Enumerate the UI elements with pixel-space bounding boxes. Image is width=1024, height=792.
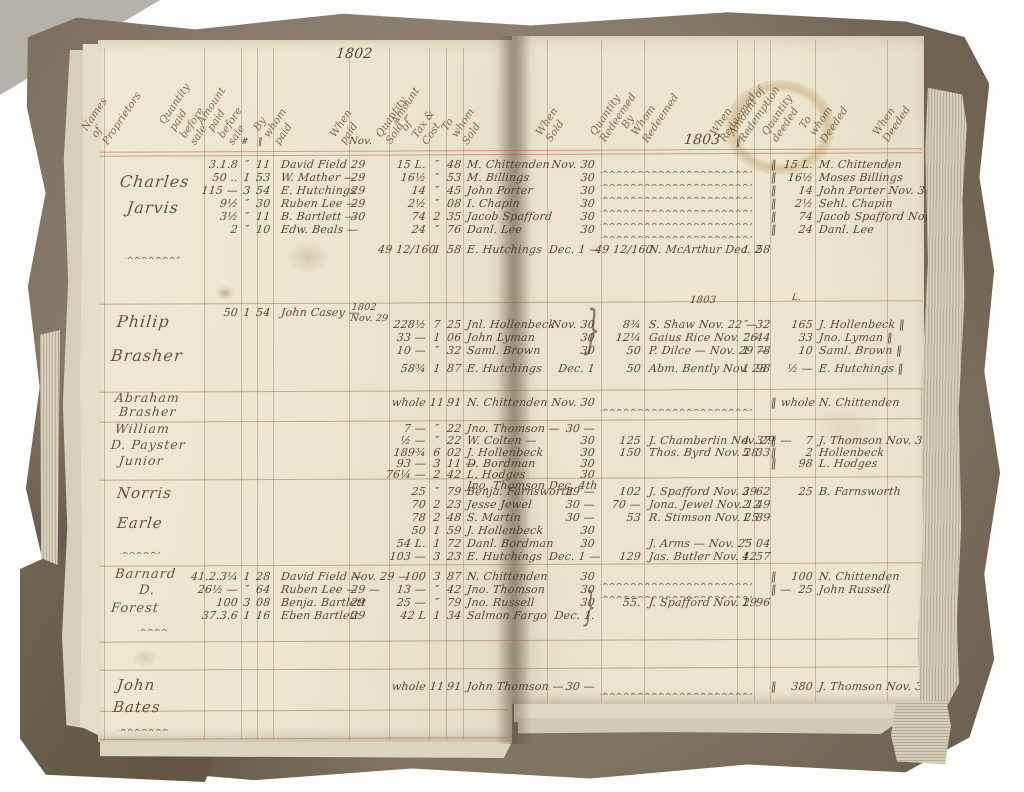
- cell-quantity-sold: 25: [377, 485, 426, 498]
- when-sold-continuation-squiggle: mmmmmmmmmmmmmmmmmmmmmmmmmm: [600, 587, 752, 598]
- cell-quantity-sold: 10 —: [377, 344, 426, 357]
- proprietor-name: Norris: [116, 484, 173, 502]
- cell-to-whom-sold: E. Hutchings: [466, 243, 542, 256]
- cell-quantity-deeded: 2½: [780, 197, 813, 210]
- cell-quantity-sold: 16½: [377, 171, 426, 184]
- cell-quantity-redeemed: 12¼: [594, 331, 641, 344]
- cell-to-whom-sold: Jnl. Hollenbeck: [466, 318, 556, 331]
- cell-quantity-sold: 13 —: [377, 583, 426, 596]
- cell-tax-cost-a: 1: [428, 243, 445, 256]
- cell-tax-cost-a: 2: [428, 511, 445, 524]
- cell-amount-paid-a: ″: [238, 223, 255, 236]
- cell-when-sold: 30: [548, 524, 595, 537]
- cell-quantity-redeemed: 8¾: [594, 318, 641, 331]
- ledger-content: 1802 Nov. # ‖ 1803 ‖ 1803 L. 11 Names of…: [0, 0, 1024, 792]
- cell-quantity-paid: 26½ —: [183, 583, 238, 596]
- cell-to-whom-deeded: John Russell: [818, 583, 891, 596]
- cell-amount-paid-b: 30: [255, 197, 280, 210]
- cell-quantity-deeded: ½ —: [780, 362, 813, 375]
- cell-tax-cost-a: 1: [428, 524, 445, 537]
- ledger-photo: 1802 Nov. # ‖ 1803 ‖ 1803 L. 11 Names of…: [0, 0, 1024, 792]
- cell-tax-cost-a: ″: [428, 158, 445, 171]
- cell-when-paid: 29: [350, 171, 366, 184]
- cell-quantity-deeded: 24: [780, 223, 813, 236]
- cell-quantity-redeemed: 70 —: [594, 498, 641, 511]
- cell-tax-cost-a: 11: [428, 396, 445, 409]
- column-header-label: To whom Deeded: [797, 91, 850, 145]
- cell-when-paid: 30: [350, 210, 366, 223]
- cell-by-whom-paid: Edw. Beals —: [280, 223, 359, 236]
- cell-quantity-deeded: 74: [780, 210, 813, 223]
- cell-by-whom-paid: David Field: [280, 158, 347, 171]
- cell-tax-cost-a: ″: [428, 223, 445, 236]
- cell-tax-cost-a: 2: [428, 468, 445, 481]
- cell-by-whom-paid: E. Hutchings: [280, 184, 356, 197]
- cell-deed-mark: ‖: [770, 570, 777, 583]
- cell-tax-cost-a: ″: [428, 583, 445, 596]
- proprietor-name: Brasher: [118, 404, 177, 419]
- cell-quantity-sold: 100: [377, 570, 426, 583]
- when-sold-continuation-squiggle: mmmmmmmmmmmmmmmmmmmmmmmmmm: [600, 175, 752, 186]
- cell-redemption-amount-b: 96: [755, 596, 778, 609]
- cell-amount-paid-a: ″: [238, 197, 255, 210]
- cell-quantity-paid: 50 ..: [183, 171, 238, 184]
- ditto-mark: ‖: [257, 137, 263, 147]
- cell-quantity-sold: 42 L: [377, 609, 426, 622]
- cell-quantity-paid: 9½: [183, 197, 238, 210]
- cell-quantity-sold: 49 12/160: [377, 243, 426, 256]
- cell-when-sold: 30 —: [548, 498, 595, 511]
- cell-redemption-amount-b: 04: [755, 537, 778, 550]
- cell-when-sold: 30 —: [548, 511, 595, 524]
- cell-redemption-amount-b: 57: [755, 550, 778, 563]
- cell-redemption-amount-a: ″: [738, 537, 753, 550]
- cell-to-whom-deeded: M. Chittenden: [818, 158, 902, 171]
- cell-quantity-deeded: 98: [780, 457, 813, 470]
- cell-to-whom-sold: Salmon Fargo: [466, 609, 547, 622]
- cell-quantity-redeemed: 53: [594, 511, 641, 524]
- cell-quantity-deeded: 100: [780, 570, 813, 583]
- cell-redemption-amount-b: 78: [755, 344, 778, 357]
- cell-amount-paid-a: ″: [238, 583, 255, 596]
- cell-redemption-amount-a: 3: [738, 485, 753, 498]
- cell-deed-mark: ‖: [770, 680, 777, 693]
- cell-when-sold: 30: [548, 197, 595, 210]
- cell-quantity-redeemed: 102: [594, 485, 641, 498]
- cell-tax-cost-a: ″: [428, 197, 445, 210]
- cell-to-whom-sold: Jacob Spafford: [466, 210, 553, 223]
- cell-when-sold: 30: [548, 223, 595, 236]
- cell-amount-paid-b: 28: [255, 570, 280, 583]
- cell-to-whom-deeded: Danl. Lee: [818, 223, 874, 236]
- cell-when-sold: 29 —: [548, 485, 595, 498]
- cell-when-paid: 29: [350, 596, 366, 609]
- cell-to-whom-sold: Jno. Thomson: [466, 583, 546, 596]
- cell-deed-mark: ‖: [770, 184, 777, 197]
- cell-tax-cost-a: ″: [428, 485, 445, 498]
- cell-quantity-redeemed: 50: [594, 362, 641, 375]
- newspaper-clipping-bottom-right: [891, 700, 951, 764]
- cell-redemption-amount-a: ″: [738, 318, 753, 331]
- cell-quantity-redeemed: 50: [594, 344, 641, 357]
- cell-to-whom-sold: E. Hutchings: [466, 550, 542, 563]
- proprietor-name: John: [116, 676, 156, 694]
- cell-amount-paid-a: ″: [238, 210, 255, 223]
- name-flourish: mmmmmmmmmm: [118, 720, 168, 731]
- cell-to-whom-deeded: N. Chittenden: [818, 570, 900, 583]
- cell-to-whom-sold: M. Chittenden: [466, 158, 550, 171]
- cell-quantity-sold: 228½: [377, 318, 426, 331]
- cell-to-whom-sold: Danl. Bordman: [466, 537, 554, 550]
- cell-quantity-redeemed: 129: [594, 550, 641, 563]
- cell-tax-cost-a: ″: [428, 596, 445, 609]
- proprietor-name: Forest: [110, 601, 160, 616]
- cell-to-whom-deeded: Saml. Brown ‖: [818, 344, 902, 357]
- cell-amount-paid-b: 08: [255, 596, 280, 609]
- cell-when-paid: 29 —: [350, 583, 381, 596]
- when-sold-continuation-squiggle: mmmmmmmmmmmmmmmmmmmmmmmmmm: [600, 162, 752, 173]
- cell-tax-cost-a: ″: [428, 171, 445, 184]
- pound-note: L.: [791, 293, 801, 303]
- proprietor-name: Barnard: [114, 567, 177, 582]
- cell-by-whom-paid: John Casey —: [280, 306, 360, 319]
- cell-tax-cost-a: 2: [428, 498, 445, 511]
- cell-quantity-sold: 54 L.: [377, 537, 426, 550]
- cell-when-paid: 29: [350, 609, 366, 622]
- proprietor-name: D.: [138, 583, 156, 598]
- cell-tax-cost-a: 11: [428, 680, 445, 693]
- cell-to-whom-sold: E. Hutchings: [466, 362, 542, 375]
- cell-to-whom-sold: N. Chittenden: [466, 570, 548, 583]
- cell-redemption-amount-a: 5: [738, 446, 753, 459]
- cell-to-whom-deeded: Jno. Lyman ‖: [818, 331, 893, 344]
- cell-amount-paid-b: 54: [255, 184, 280, 197]
- proprietor-name: Junior: [118, 453, 164, 468]
- proprietor-name: D. Payster: [110, 437, 186, 452]
- cell-redemption-amount-b: 98: [755, 362, 778, 375]
- cell-by-whom-paid: Eben Bartlett: [280, 609, 359, 622]
- column-header-label: To whom Sold: [439, 100, 488, 147]
- cell-quantity-paid: 115 —: [183, 184, 238, 197]
- cell-quantity-sold: 76¼ —: [377, 468, 426, 481]
- cell-quantity-deeded: whole: [780, 396, 813, 409]
- cell-when-sold: 30: [548, 171, 595, 184]
- cell-redemption-amount-a: 4: [738, 550, 753, 563]
- cell-quantity-deeded: 15 L.: [780, 158, 813, 171]
- cell-quantity-paid: 50: [183, 306, 238, 319]
- cell-redemption-amount-a: 1: [738, 511, 753, 524]
- column-header-label: By Whom Redeemed: [619, 78, 681, 145]
- when-sold-continuation-squiggle: mmmmmmmmmmmmmmmmmmmmmmmmmm: [600, 227, 752, 238]
- name-flourish: mmmmmmmmmm: [125, 248, 180, 259]
- cell-tax-cost-a: 1: [428, 609, 445, 622]
- cell-amount-paid-b: 54: [255, 306, 280, 319]
- column-header-label: When Deeded: [870, 98, 913, 145]
- cell-when-paid: 29: [350, 197, 366, 210]
- cell-to-whom-sold: Danl. Lee: [466, 223, 522, 236]
- cell-to-whom-sold: J. Hollenbeck: [466, 524, 544, 537]
- cell-by-whom-paid: W. Mather —: [280, 171, 356, 184]
- cell-tax-cost-a: 3: [428, 570, 445, 583]
- cell-tax-cost-a: 3: [428, 550, 445, 563]
- cell-to-whom-sold: N. Chittenden: [466, 396, 548, 409]
- cell-tax-cost-a: 2: [428, 210, 445, 223]
- cell-to-whom-deeded: L. Hodges: [818, 457, 878, 470]
- cell-tax-cost-a: 7: [428, 318, 445, 331]
- cell-by-whom-paid: Ruben Lee —: [280, 197, 358, 210]
- cell-to-whom-deeded: J. Thomson Nov. 30: [818, 680, 930, 693]
- cell-quantity-sold: 74: [377, 210, 426, 223]
- proprietor-name: Earle: [116, 514, 164, 532]
- cell-to-whom-sold: M. Billings: [466, 171, 530, 184]
- cell-quantity-deeded: 165: [780, 318, 813, 331]
- cell-tax-cost-a: 1: [428, 537, 445, 550]
- when-sold-continuation-squiggle: mmmmmmmmmmmmmmmmmmmmmmmmmm: [600, 574, 752, 585]
- cell-quantity-sold: 33 —: [377, 331, 426, 344]
- cell-quantity-sold: 2½: [377, 197, 426, 210]
- cell-to-whom-deeded: E. Hutchings ‖: [818, 362, 904, 375]
- cell-amount-paid-b: 10: [255, 223, 280, 236]
- cell-deed-mark: ‖: [770, 158, 777, 171]
- cell-quantity-deeded: 25: [780, 485, 813, 498]
- cell-when-sold: 30: [548, 184, 595, 197]
- cell-quantity-deeded: 25: [780, 583, 813, 596]
- when-sold-continuation-squiggle: mmmmmmmmmmmmmmmmmmmmmmmmmm: [600, 400, 752, 411]
- cell-redemption-amount-a: 1: [738, 362, 753, 375]
- cell-quantity-sold: whole: [377, 396, 426, 409]
- cell-quantity-paid: 2: [183, 223, 238, 236]
- year-label-1802: 1802: [335, 46, 373, 62]
- cell-when-sold: 30: [548, 210, 595, 223]
- cell-tax-cost-a: ″: [428, 344, 445, 357]
- cell-deed-mark: ‖: [770, 171, 777, 184]
- name-flourish: mmmmmmmmmm: [120, 543, 160, 554]
- proprietor-name: William: [114, 421, 171, 436]
- cell-amount-paid-b: 53: [255, 171, 280, 184]
- cell-deed-mark: ‖: [770, 210, 777, 223]
- cell-when-paid: 29: [350, 184, 366, 197]
- cell-redemption-amount-a: ″: [738, 331, 753, 344]
- when-sold-continuation-squiggle: mmmmmmmmmmmmmmmmmmmmmmmmmm: [600, 188, 752, 199]
- cell-tax-cost-a: ″: [428, 184, 445, 197]
- proprietor-name: Jarvis: [126, 198, 180, 217]
- cell-amount-paid-b: 64: [255, 583, 280, 596]
- cell-when-sold: Dec. 1: [548, 362, 595, 375]
- cell-to-whom-sold: Saml. Brown: [466, 344, 541, 357]
- cell-quantity-deeded: 16½: [780, 171, 813, 184]
- cell-redemption-amount-b: 89: [755, 511, 778, 524]
- cell-to-whom-sold: Jesse Jewel: [466, 498, 532, 511]
- cell-quantity-sold: whole: [377, 680, 426, 693]
- cell-quantity-deeded: 14: [780, 184, 813, 197]
- cell-to-whom-deeded: N. Chittenden: [818, 396, 900, 409]
- cell-deed-mark: ‖: [770, 457, 777, 470]
- cell-quantity-paid: 100: [183, 596, 238, 609]
- cell-amount-paid-b: 16: [255, 609, 280, 622]
- cell-amount-paid-a: 3: [238, 596, 255, 609]
- cell-quantity-sold: 25 —: [377, 596, 426, 609]
- proprietor-name: Charles: [119, 172, 191, 191]
- column-header-label: Names of Proprietors: [79, 76, 144, 147]
- cell-deed-mark: ‖: [770, 197, 777, 210]
- proprietor-name: Brasher: [110, 346, 184, 365]
- cell-when-sold: Dec. 1 —: [548, 243, 595, 256]
- cell-quantity-deeded: 380: [780, 680, 813, 693]
- cell-redemption-amount-b: 58: [755, 243, 778, 256]
- cell-quantity-deeded: 33: [780, 331, 813, 344]
- cell-quantity-redeemed: 49 12/160: [594, 243, 641, 256]
- cell-when-sold: Nov. 30: [548, 396, 595, 409]
- when-sold-continuation-squiggle: mmmmmmmmmmmmmmmmmmmmmmmmmm: [600, 201, 752, 212]
- cell-quantity-sold: 50: [377, 524, 426, 537]
- cell-to-whom-sold: John Lyman: [466, 331, 535, 344]
- cell-by-whom-paid: Ruben Lee —: [280, 583, 358, 596]
- cell-to-whom-sold: I. Chapin: [466, 197, 520, 210]
- year-note-1803: 1803: [689, 295, 716, 306]
- cell-redemption-amount-b: 44: [755, 331, 778, 344]
- cell-quantity-sold: 103 —: [377, 550, 426, 563]
- proprietor-name: Abraham: [114, 390, 180, 405]
- grouping-brace: }: [582, 584, 596, 630]
- column-header-label: When Sold: [533, 106, 571, 145]
- cell-quantity-redeemed: 150: [594, 446, 641, 459]
- cell-when-sold: Nov. 30: [548, 158, 595, 171]
- proprietor-name: Bates: [112, 698, 161, 716]
- cell-deed-mark: ‖: [770, 223, 777, 236]
- cell-when-sold: 30 —: [548, 680, 595, 693]
- cell-amount-paid-a: 1: [238, 609, 255, 622]
- cell-quantity-paid: 3½: [183, 210, 238, 223]
- cell-to-whom-deeded: J. Hollenbeck ‖: [818, 318, 905, 331]
- cell-quantity-sold: 58¾: [377, 362, 426, 375]
- cell-amount-paid-a: ″: [238, 158, 255, 171]
- cell-by-whom-redeemed: J. Arms — Nov. 25: [648, 537, 753, 550]
- cell-when-sold: Dec. 1 —: [548, 550, 595, 563]
- cell-quantity-paid: 3.1.8: [183, 158, 238, 171]
- cell-redemption-amount-b: 62: [755, 485, 778, 498]
- cell-when-sold: 30: [548, 537, 595, 550]
- cell-quantity-sold: 15 L.: [377, 158, 426, 171]
- cell-to-whom-deeded: B. Farnsworth: [818, 485, 901, 498]
- cell-when-sold: 30: [548, 570, 595, 583]
- newspaper-clipping-left: [40, 330, 60, 565]
- cell-redemption-amount-b: 49: [755, 498, 778, 511]
- cell-to-whom-sold: S. Martin: [466, 511, 521, 524]
- cell-quantity-paid: 41.2.3¼: [183, 570, 238, 583]
- cell-to-whom-deeded: Sehl. Chapin: [818, 197, 893, 210]
- cell-redemption-amount-a: 1: [738, 243, 753, 256]
- cell-quantity-sold: 14: [377, 184, 426, 197]
- cell-quantity-sold: 24: [377, 223, 426, 236]
- cell-amount-paid-a: 1: [238, 570, 255, 583]
- cell-quantity-sold: 78: [377, 511, 426, 524]
- cell-amount-paid-a: 1: [238, 306, 255, 319]
- cell-amount-paid-a: 1: [238, 171, 255, 184]
- cell-redemption-amount-b: 32: [755, 318, 778, 331]
- cell-when-paid: 29: [350, 158, 366, 171]
- cell-to-whom-deeded: Moses Billings: [818, 171, 903, 184]
- cell-quantity-deeded: 10: [780, 344, 813, 357]
- cell-redemption-amount-a: 2: [738, 498, 753, 511]
- proprietor-name: Philip: [116, 312, 171, 331]
- cell-quantity-sold: 70: [377, 498, 426, 511]
- cell-to-whom-deeded: John Porter Nov. 30: [818, 184, 933, 197]
- cell-tax-cost-a: 1: [428, 331, 445, 344]
- cell-amount-paid-a: 3: [238, 184, 255, 197]
- cell-redemption-amount-a: 1: [738, 344, 753, 357]
- cell-amount-paid-b: 11: [255, 210, 280, 223]
- when-sold-continuation-squiggle: mmmmmmmmmmmmmmmmmmmmmmmmmm: [600, 214, 752, 225]
- cell-deed-mark: ‖: [770, 396, 777, 409]
- cell-tax-cost-a: 1: [428, 362, 445, 375]
- cell-quantity-paid: 37.3.6: [183, 609, 238, 622]
- when-sold-continuation-squiggle: mmmmmmmmmmmmmmmmmmmmmmmmmm: [600, 684, 752, 695]
- name-flourish: mmmmmmmmmm: [138, 620, 168, 631]
- cell-to-whom-sold: Jno. Russell: [466, 596, 535, 609]
- cell-to-whom-sold: John Porter: [466, 184, 533, 197]
- cell-amount-paid-b: 11: [255, 158, 280, 171]
- cell-by-whom-paid: B. Bartlett —: [280, 210, 357, 223]
- grouping-brace: }: [583, 300, 602, 360]
